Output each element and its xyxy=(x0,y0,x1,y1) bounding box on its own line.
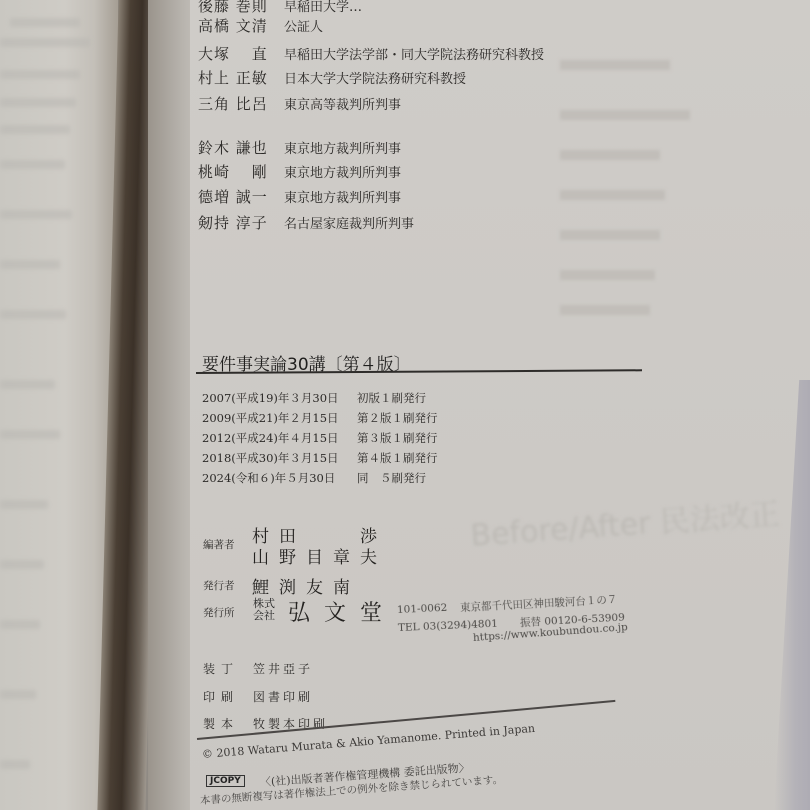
editors-label: 編著者 xyxy=(203,537,235,552)
production-row: 製本 牧製本印刷 xyxy=(203,715,328,732)
contributor-row: 高橋 文清 公証人 xyxy=(198,14,323,36)
contributor-name: 德増 誠一 xyxy=(198,186,278,207)
history-edition: 第４版１刷発行 xyxy=(357,450,438,466)
blurred-text-line xyxy=(0,260,60,269)
blurred-text-line xyxy=(0,38,90,47)
contributor-affiliation: 日本大学大学院法務研究科教授 xyxy=(284,68,466,87)
blurred-text-line xyxy=(0,500,48,509)
blurred-text-line xyxy=(0,430,60,439)
contributor-row: 村上 正敏 日本大学大学院法務研究科教授 xyxy=(198,66,466,88)
history-date: 2024(令和６)年５月30日 xyxy=(202,470,357,486)
contributor-name: 桃崎 剛 xyxy=(198,161,278,182)
contributor-name: 村上 正敏 xyxy=(198,67,278,88)
history-edition: 同 ５刷発行 xyxy=(357,470,426,486)
bleed-through-line xyxy=(560,270,655,280)
production-row: 印刷 図書印刷 xyxy=(203,688,313,705)
bleed-through-line xyxy=(560,110,690,120)
production-value: 図書印刷 xyxy=(253,688,313,705)
blurred-text-line xyxy=(0,760,30,769)
contributor-row: 大塚 直 早稲田大学法学部・同大学院法務研究科教授 xyxy=(198,42,544,64)
blurred-text-line xyxy=(0,380,55,389)
history-row: 2024(令和６)年５月30日 同 ５刷発行 xyxy=(202,470,426,486)
production-row: 装丁 笠井亞子 xyxy=(203,660,313,677)
production-label: 印刷 xyxy=(203,688,253,705)
production-value: 笠井亞子 xyxy=(253,660,313,677)
history-row: 2009(平成21)年２月15日 第２版１刷発行 xyxy=(202,410,438,426)
publisher-label: 発行所 xyxy=(203,605,235,620)
contributor-affiliation: 公証人 xyxy=(284,16,323,35)
blurred-text-line xyxy=(0,620,40,629)
history-row: 2012(平成24)年４月15日 第３版１刷発行 xyxy=(202,430,438,446)
history-edition: 第３版１刷発行 xyxy=(357,430,438,446)
contributor-row: 三角 比呂 東京高等裁判所判事 xyxy=(198,92,401,114)
contributor-affiliation: 東京地方裁判所判事 xyxy=(284,187,401,206)
history-row: 2018(平成30)年３月15日 第４版１刷発行 xyxy=(202,450,438,466)
history-date: 2007(平成19)年３月30日 xyxy=(202,390,357,406)
contributor-name: 高橋 文清 xyxy=(198,15,278,36)
contributor-affiliation: 東京地方裁判所判事 xyxy=(284,138,401,157)
bleed-through-line xyxy=(560,230,660,240)
publisher-person-name: 鯉渕友南 xyxy=(252,573,360,598)
blurred-text-line xyxy=(0,125,70,134)
blurred-text-line xyxy=(0,560,44,569)
blurred-text-line xyxy=(0,160,65,169)
book-photo: Before/After 民法改正 後藤 巻則 早稲田大学… 高橋 文清 公証人… xyxy=(0,0,810,810)
blurred-text-line xyxy=(0,310,66,319)
contributor-name: 剱持 淳子 xyxy=(198,212,278,233)
history-date: 2018(平成30)年３月15日 xyxy=(202,450,357,466)
history-row: 2007(平成19)年３月30日 初版１刷発行 xyxy=(202,390,426,406)
contributor-row: 德増 誠一 東京地方裁判所判事 xyxy=(198,185,401,207)
publisher-company-name: 弘文堂 xyxy=(288,596,396,627)
contributor-affiliation: 東京高等裁判所判事 xyxy=(284,94,401,113)
production-label: 製本 xyxy=(203,715,253,732)
blurred-text-line xyxy=(10,18,80,27)
history-edition: 第２版１刷発行 xyxy=(357,410,438,426)
bleed-through-line xyxy=(560,60,670,70)
history-edition: 初版１刷発行 xyxy=(357,390,426,406)
history-date: 2009(平成21)年２月15日 xyxy=(202,410,357,426)
contributor-name: 鈴木 謙也 xyxy=(198,137,278,158)
publisher-postal-code: 101-0062 xyxy=(397,602,448,616)
contributor-affiliation: 早稲田大学法学部・同大学院法務研究科教授 xyxy=(284,44,544,63)
publisher-person-label: 発行者 xyxy=(203,578,235,593)
bleed-through-line xyxy=(560,190,665,200)
contributor-affiliation: 東京地方裁判所判事 xyxy=(284,162,401,181)
bleed-through-line xyxy=(560,150,660,160)
contributor-row: 鈴木 謙也 東京地方裁判所判事 xyxy=(198,136,401,158)
blurred-text-line xyxy=(0,210,72,219)
contributor-row: 桃崎 剛 東京地方裁判所判事 xyxy=(198,160,401,182)
contributor-affiliation: 名古屋家庭裁判所判事 xyxy=(284,213,414,232)
contributor-name: 大塚 直 xyxy=(198,43,278,64)
contributor-row: 剱持 淳子 名古屋家庭裁判所判事 xyxy=(198,211,414,233)
page-right-edge xyxy=(774,380,810,810)
blurred-text-line xyxy=(0,70,80,79)
bleed-through-line xyxy=(560,305,650,315)
blurred-text-line xyxy=(0,690,36,699)
blurred-text-line xyxy=(0,98,76,107)
contributor-affiliation: 早稲田大学… xyxy=(284,0,362,15)
company-type-prefix: 株式 会社 xyxy=(253,598,275,622)
jcopy-badge: JCOPY xyxy=(206,775,245,787)
history-date: 2012(平成24)年４月15日 xyxy=(202,430,357,446)
production-label: 装丁 xyxy=(203,660,253,677)
company-prefix-bottom: 会社 xyxy=(253,610,275,622)
editor-name: 山野目章夫 xyxy=(252,543,387,568)
contributor-name: 三角 比呂 xyxy=(198,93,278,114)
